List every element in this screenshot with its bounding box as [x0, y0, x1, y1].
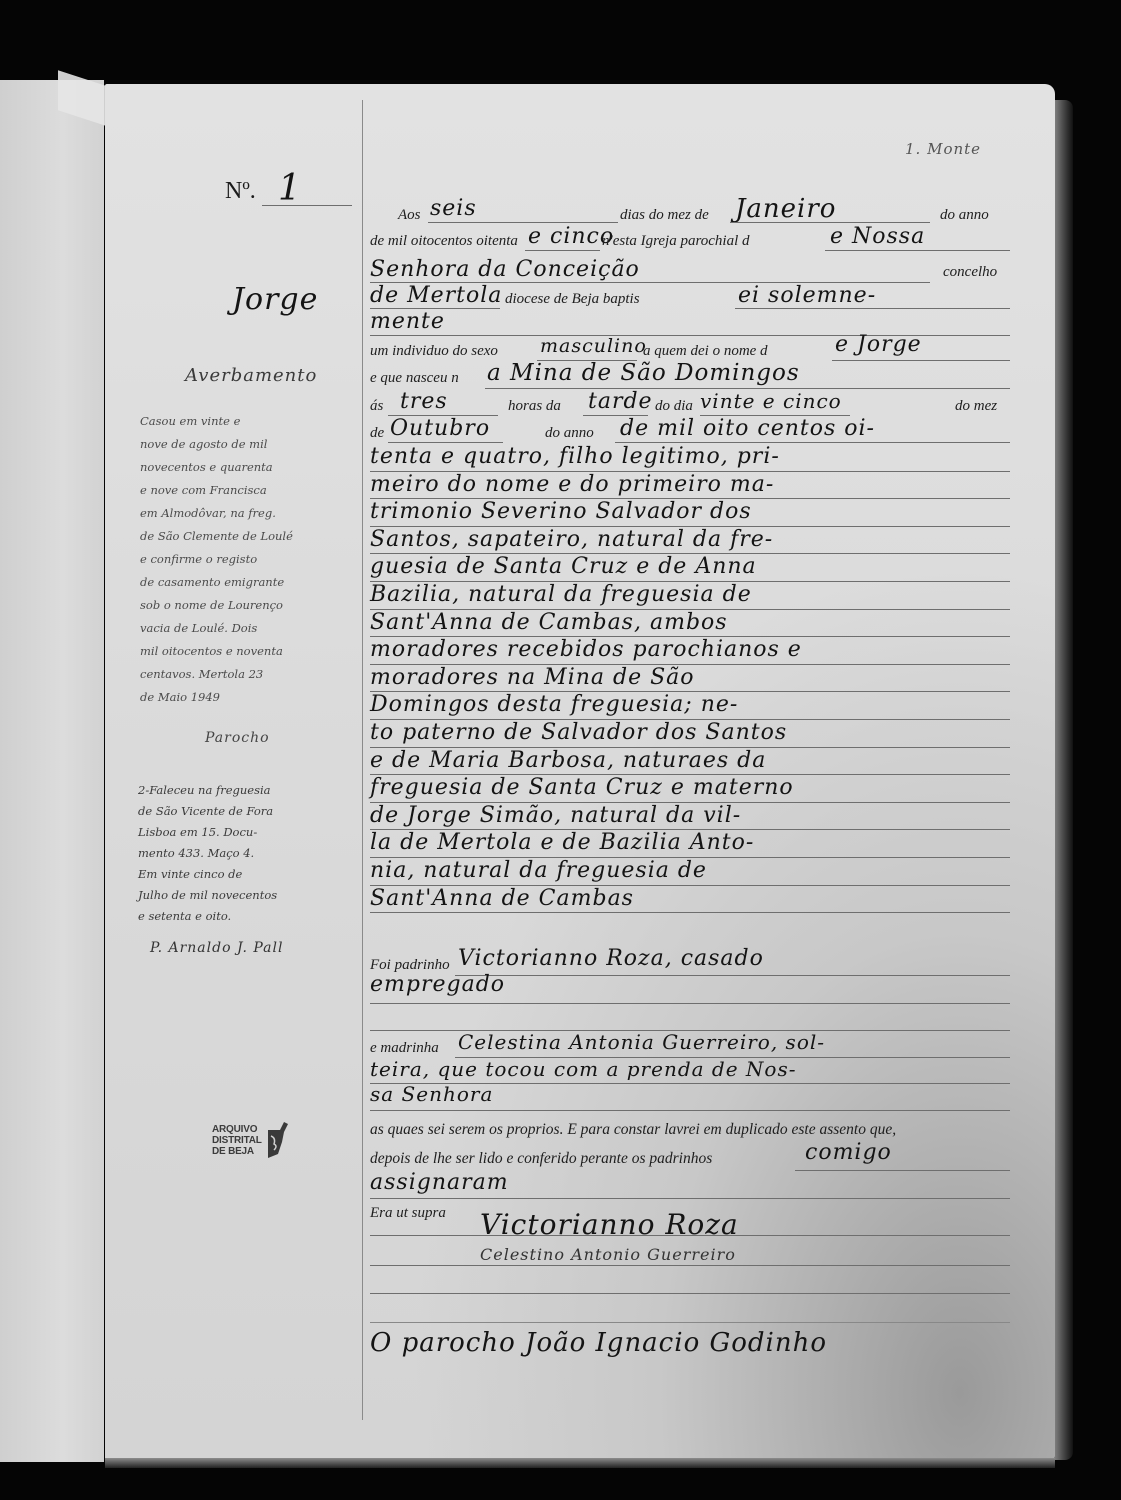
annotation-line: e setenta e oito.: [138, 906, 363, 927]
margin-rule: [362, 100, 363, 1420]
body-line: guesia de Santa Cruz e de Anna: [370, 554, 1010, 582]
annotation-line: de São Vicente de Fora: [138, 801, 363, 822]
annotation-line: Julho de mil novecentos: [138, 885, 363, 906]
printed-text: ás: [370, 398, 383, 415]
godmother-field-cont: teira, que tocou com a prenda de Nos-: [370, 1057, 796, 1081]
printed-text: Era ut supra: [370, 1205, 446, 1222]
printed-text: do dia: [655, 398, 693, 415]
annotation-line: de casamento emigrante: [140, 571, 365, 594]
annotation-line: e nove com Francisca: [140, 479, 365, 502]
annotation-line: mil oitocentos e noventa: [140, 640, 365, 663]
printed-text: do anno: [940, 207, 989, 224]
birth-day-field: vinte e cinco: [700, 389, 842, 413]
body-line: trimonio Severino Salvador dos: [370, 499, 1010, 527]
printed-text: diocese de Beja baptis: [505, 291, 640, 308]
book-edge: [1055, 100, 1073, 1460]
printed-text: depois de lhe ser lido e conferido peran…: [370, 1150, 712, 1168]
annotation-line: Em vinte cinco de: [138, 864, 363, 885]
body-line: Bazilia, natural da freguesia de: [370, 582, 1010, 610]
annotation-line: e confirme o registo: [140, 548, 365, 571]
body-line: tenta e quatro, filho legitimo, pri-: [370, 444, 1010, 472]
annotation-line: em Almodôvar, na freg.: [140, 502, 365, 525]
body-line: Santos, sapateiro, natural da fre-: [370, 527, 1010, 555]
annotation-line: Lisboa em 15. Docu-: [138, 822, 363, 843]
stamp-line: DE BEJA: [212, 1146, 262, 1157]
archive-stamp: ARQUIVO DISTRITAL DE BEJA: [212, 1120, 290, 1160]
signers-field: comigo: [805, 1140, 892, 1165]
concelho-field: de Mertola: [370, 283, 502, 308]
annotation-line: centavos. Mertola 23: [140, 663, 365, 686]
godfather-signature: Victorianno Roza: [480, 1208, 739, 1241]
printed-text: de mil oitocentos oitenta: [370, 233, 518, 250]
body-line: Sant'Anna de Cambas: [370, 886, 1010, 914]
annotation-line: Casou em vinte e: [140, 410, 365, 433]
annotation-line: mento 433. Maço 4.: [138, 843, 363, 864]
printed-text: do mez: [955, 398, 997, 415]
annotation-line: novecentos e quarenta: [140, 456, 365, 479]
margin-name: Jorge: [232, 282, 318, 317]
death-annotation: 2-Faleceu na freguesia de São Vicente de…: [138, 780, 363, 927]
annotation-line: sob o nome de Lourenço: [140, 594, 365, 617]
month-field: Janeiro: [735, 194, 836, 224]
godfather-field-cont: empregado: [370, 972, 505, 997]
printed-text: dias do mez de: [620, 207, 709, 224]
printed-text: a quem dei o nome d: [643, 343, 768, 360]
parish-field: e Nossa: [830, 224, 925, 249]
marriage-annotation: Casou em vinte e nove de agosto de mil n…: [140, 410, 365, 709]
annotation-line: de São Clemente de Loulé: [140, 525, 365, 548]
baptism-type-field: ei solemne-: [738, 283, 876, 308]
annotation-line: de Maio 1949: [140, 686, 365, 709]
signers-field-cont: assignaram: [370, 1170, 509, 1195]
body-line: moradores na Mina de São: [370, 665, 1010, 693]
facing-page: [0, 80, 104, 1462]
name-field: e Jorge: [835, 332, 922, 357]
printed-text: concelho: [943, 264, 997, 281]
printed-text: n'esta Igreja parochial d: [602, 233, 750, 250]
printed-text: de: [370, 425, 384, 442]
birthplace-field: a Mina de São Domingos: [487, 360, 800, 386]
printed-text: as quaes sei serem os proprios. E para c…: [370, 1121, 896, 1139]
sex-field: masculino: [540, 335, 647, 357]
godfather-field: Victorianno Roza, casado: [458, 946, 764, 971]
priest-signature: O parocho João Ignacio Godinho: [370, 1328, 827, 1358]
annotation-line: nove de agosto de mil: [140, 433, 365, 456]
day-field: seis: [430, 196, 477, 221]
godmother-field-cont: sa Senhora: [370, 1082, 493, 1106]
printed-text: horas da: [508, 398, 561, 415]
body-line: e de Maria Barbosa, naturaes da: [370, 748, 1010, 776]
printed-text: Aos: [398, 207, 421, 224]
book-bottom-edge: [105, 1458, 1055, 1468]
hour-field: tres: [400, 389, 448, 414]
godmother-signature: Celestino Antonio Guerreiro: [480, 1245, 736, 1264]
baptism-type-cont: mente: [370, 309, 445, 334]
body-text: tenta e quatro, filho legitimo, pri- mei…: [370, 444, 1010, 913]
printed-text: e madrinha: [370, 1040, 439, 1057]
annotation-heading: Averbamento: [185, 365, 317, 386]
parish-field-cont: Senhora da Conceição: [370, 257, 640, 282]
annotation-line: vacia de Loulé. Dois: [140, 617, 365, 640]
archive-emblem-icon: [266, 1120, 290, 1160]
birth-month-field: Outubro: [390, 416, 490, 441]
birth-year-field: de mil oito centos oi-: [620, 416, 875, 441]
stamp-line: ARQUIVO: [212, 1124, 262, 1135]
body-line: Domingos desta freguesia; ne-: [370, 692, 1010, 720]
printed-text: do anno: [545, 425, 594, 442]
body-line: moradores recebidos parochianos e: [370, 637, 1010, 665]
body-line: meiro do nome e do primeiro ma-: [370, 472, 1010, 500]
printed-text: um individuo do sexo: [370, 343, 498, 360]
corner-note: 1. Monte: [905, 140, 981, 158]
body-line: to paterno de Salvador dos Santos: [370, 720, 1010, 748]
period-field: tarde: [588, 389, 653, 414]
body-line: freguesia de Santa Cruz e materno: [370, 775, 1010, 803]
godmother-field: Celestina Antonia Guerreiro, sol-: [458, 1030, 825, 1054]
stamp-line: DISTRITAL: [212, 1135, 262, 1146]
entry-number: 1: [278, 168, 302, 209]
body-line: nia, natural da freguesia de: [370, 858, 1010, 886]
body-line: Sant'Anna de Cambas, ambos: [370, 610, 1010, 638]
body-line: la de Mertola e de Bazilia Anto-: [370, 830, 1010, 858]
entry-number-label: Nº.: [225, 178, 256, 205]
printed-text: e que nasceu n: [370, 370, 459, 387]
body-line: de Jorge Simão, natural da vil-: [370, 803, 1010, 831]
annotation-signature: P. Arnaldo J. Pall: [150, 940, 284, 956]
annotation-line: 2-Faleceu na freguesia: [138, 780, 363, 801]
annotation-signature: Parocho: [205, 730, 270, 746]
